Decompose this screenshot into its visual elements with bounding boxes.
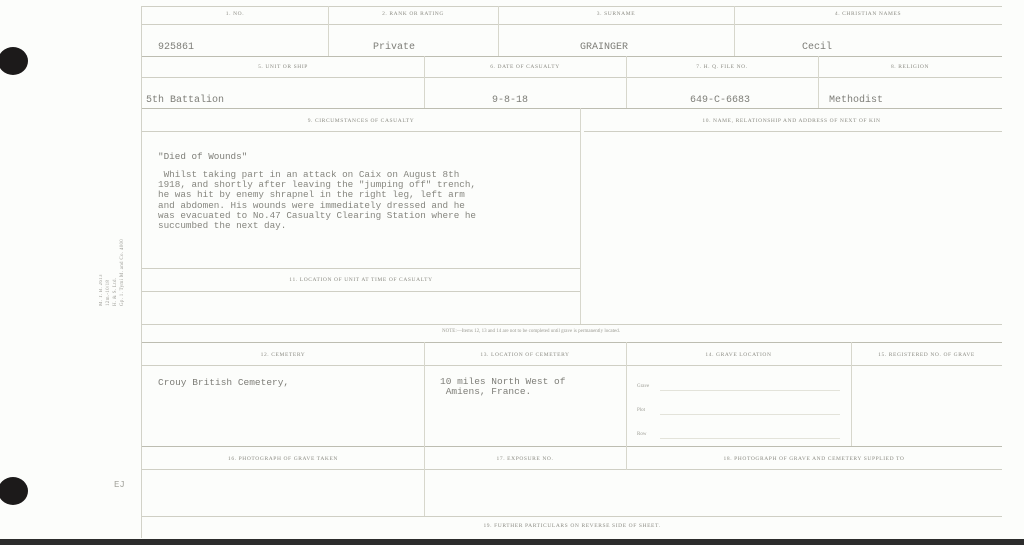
completion-note: NOTE:—Items 12, 13 and 14 are not to be … [442,329,620,334]
location-of-cemetery-value: 10 miles North West of Amiens, France. [440,377,565,397]
casualty-heading: "Died of Wounds" [158,151,247,162]
label-hq-file-no: 7. H. Q. File No. [626,64,818,70]
label-registered-no: 15. Registered No. of Grave [851,352,1002,358]
service-number: 925861 [158,42,194,53]
label-cemetery: 12. Cemetery [142,352,424,358]
label-surname: 3. Surname [498,11,734,17]
label-photograph-taken: 16. Photograph of Grave Taken [142,456,424,462]
label-next-of-kin: 10. Name, Relationship and Address of Ne… [581,118,1002,124]
label-photograph-supplied: 18. Photograph of Grave and Cemetery Sup… [626,456,1002,462]
unit-value: 5th Battalion [146,95,224,106]
grave-row-label: Grave [637,384,649,389]
religion-value: Methodist [829,95,883,106]
label-exposure-no: 17. Exposure No. [424,456,626,462]
clerk-initials: EJ [114,480,125,490]
label-further-particulars: 19. Further Particulars on Reverse Side … [142,523,1002,529]
label-rank: 2. Rank or Rating [328,11,498,17]
label-grave-location: 14. Grave Location [626,352,851,358]
row-row-label: Row [637,432,646,437]
plot-row-label: Plot [637,408,645,413]
printer-imprint: M. T. B. 2613 12m.-10/18 H. & S. Ltd. Gp… [98,236,138,306]
label-date-of-casualty: 6. Date of Casualty [424,64,626,70]
label-religion: 8. Religion [818,64,1002,70]
label-unit: 5. Unit or Ship [142,64,424,70]
date-of-casualty-value: 9-8-18 [492,95,528,106]
label-circumstances: 9. Circumstances of Casualty [142,118,580,124]
rank-value: Private [373,42,415,53]
circumstances-text: Whilst taking part in an attack on Caix … [158,170,558,231]
label-no: 1. No. [142,11,328,17]
label-location-of-cemetery: 13. Location of Cemetery [424,352,626,358]
label-christian-names: 4. Christian Names [734,11,1002,17]
punch-hole-bottom [0,477,28,505]
page-bottom-edge [0,539,1024,545]
label-location-of-unit: 11. Location of Unit at Time of Casualty [142,277,580,283]
cemetery-value: Crouy British Cemetery, [158,377,289,388]
surname-value: GRAINGER [580,42,628,53]
punch-hole-top [0,47,28,75]
christian-names-value: Cecil [802,42,832,53]
hq-file-no-value: 649-C-6683 [690,95,750,106]
casualty-record-card: M. T. B. 2613 12m.-10/18 H. & S. Ltd. Gp… [0,0,1024,540]
